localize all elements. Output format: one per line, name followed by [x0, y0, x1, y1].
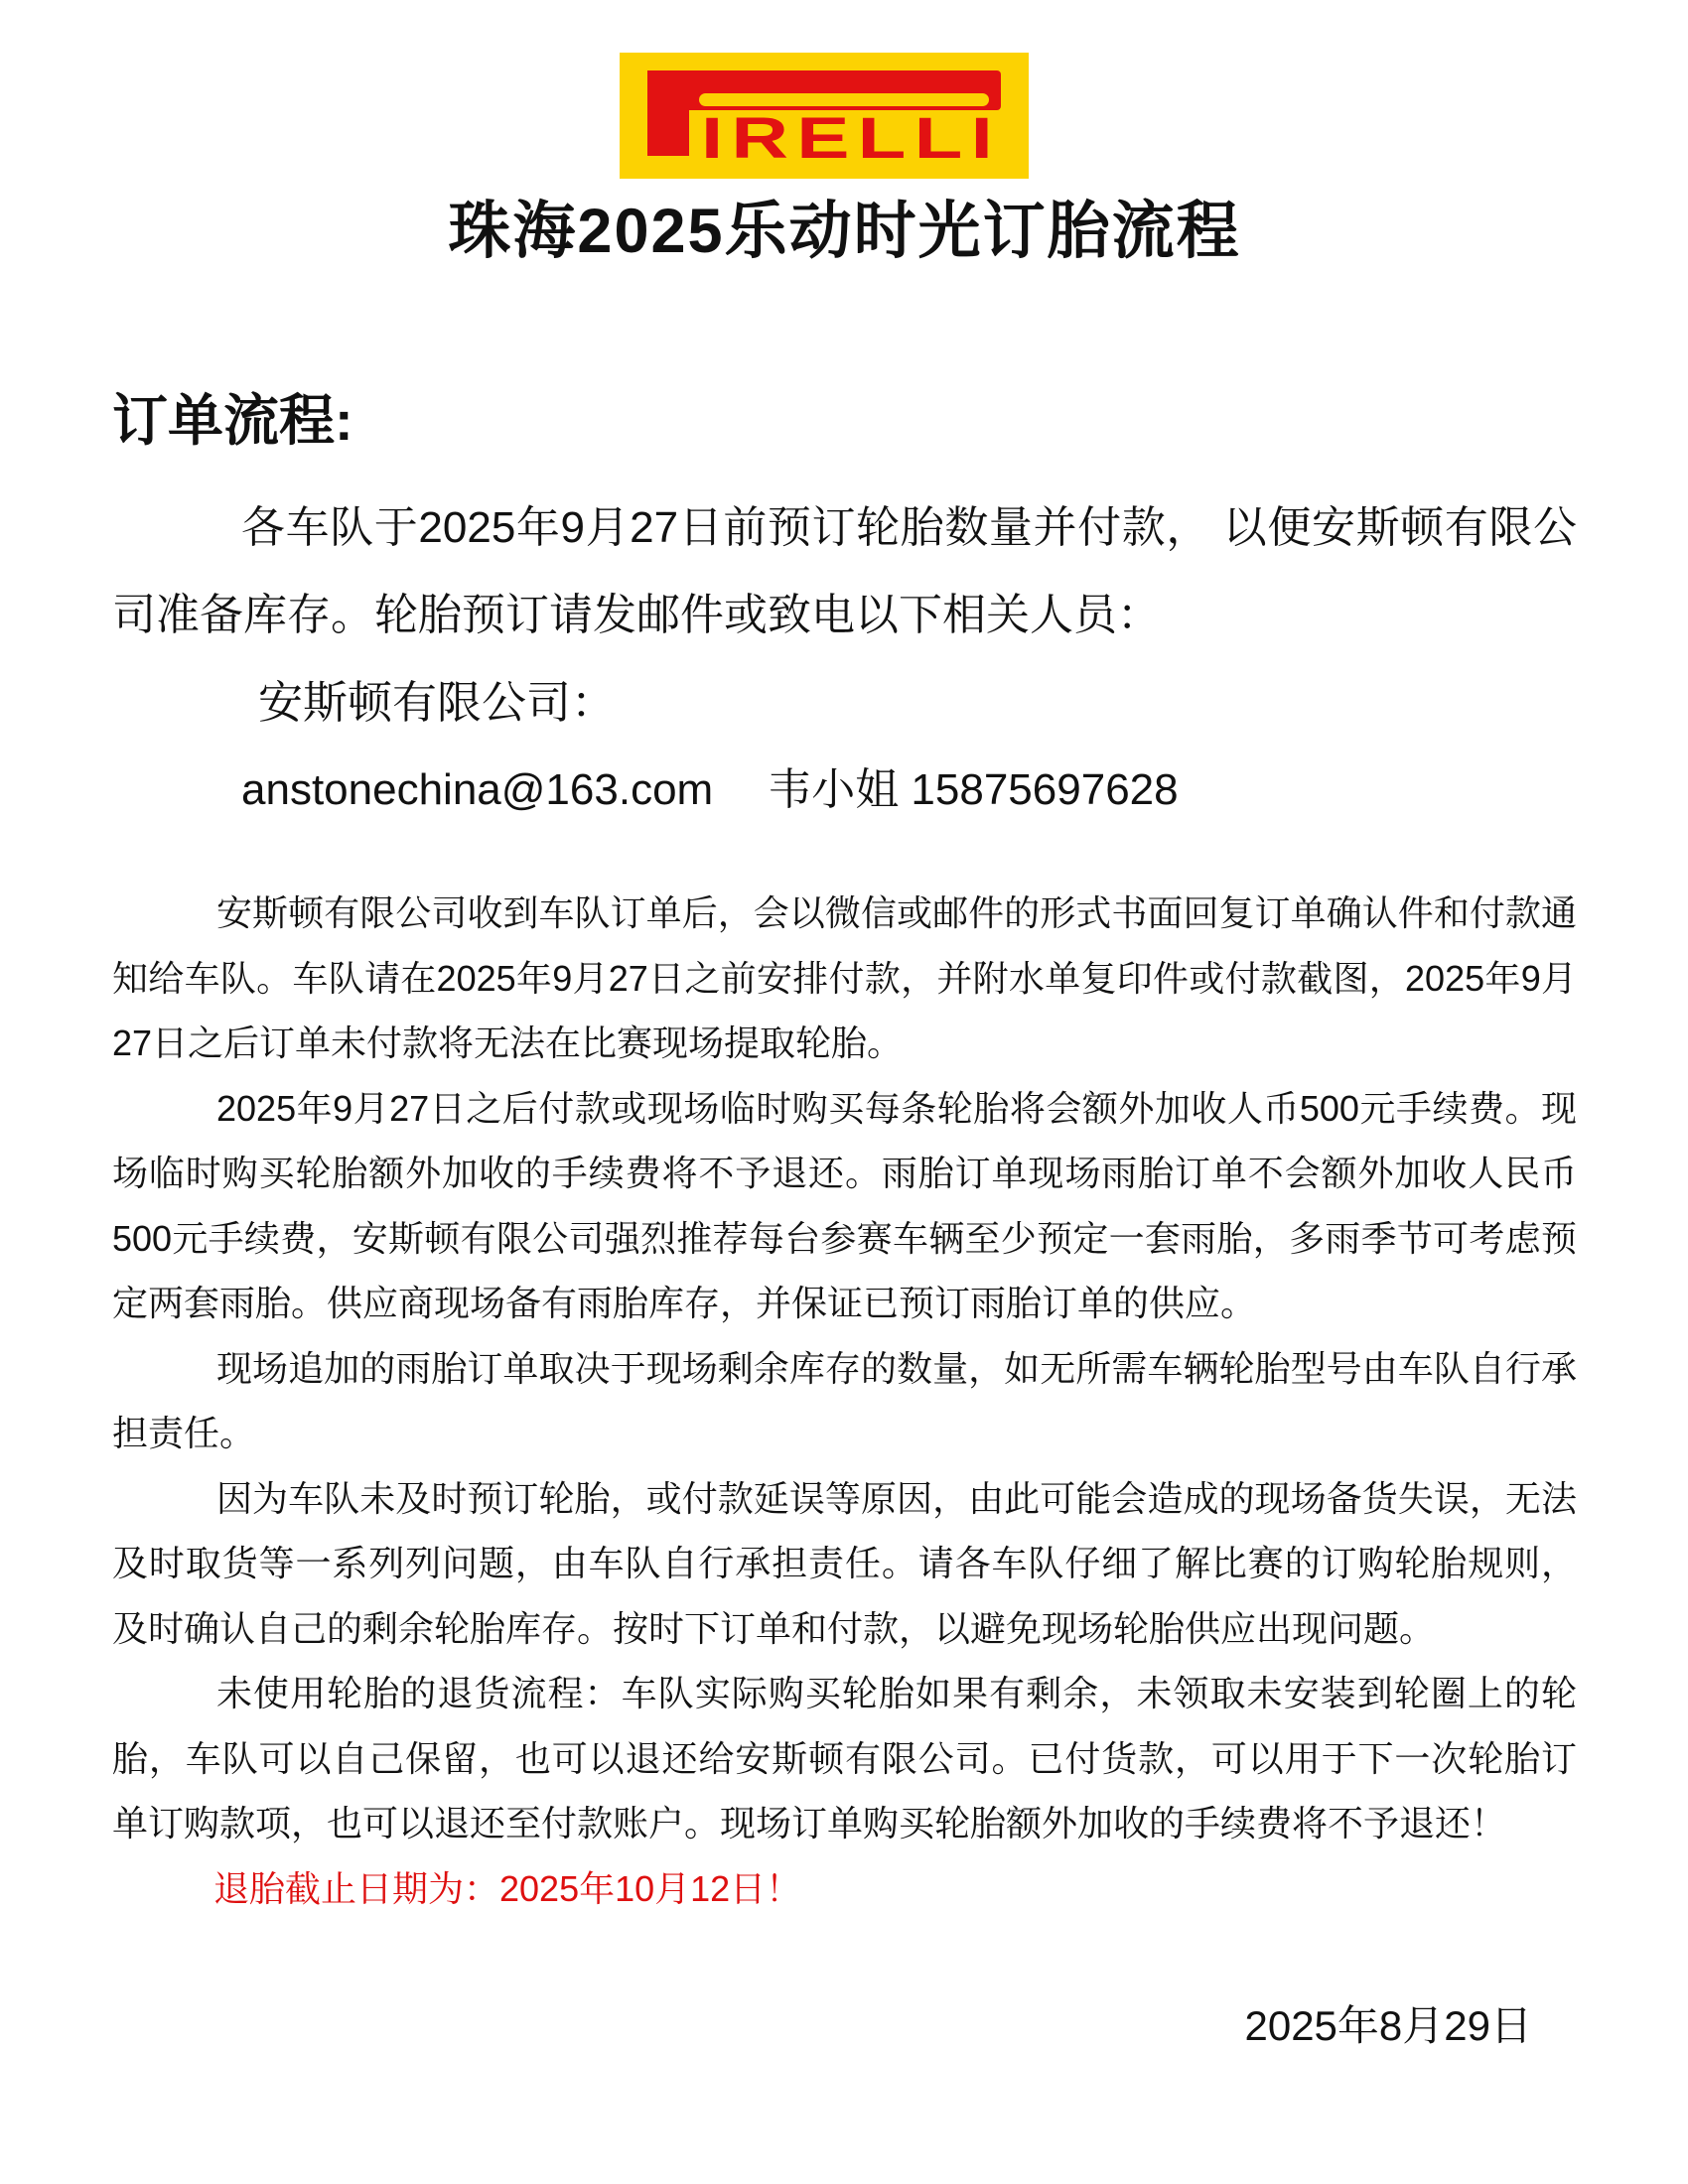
- pirelli-logo: IRELLI: [620, 53, 1029, 179]
- body-text: 安斯顿有限公司收到车队订单后，会以微信或邮件的形式书面回复订单确认件和付款通知给…: [112, 881, 1577, 1921]
- intro-paragraph: 各车队于2025年9月27日前预订轮胎数量并付款， 以便安斯顿有限公司准备库存。…: [112, 484, 1577, 659]
- logo-p-slot: [699, 93, 989, 106]
- paragraph-onsite-rain-tires: 现场追加的雨胎订单取决于现场剩余库存的数量，如无所需车辆轮胎型号由车队自行承担责…: [112, 1336, 1577, 1466]
- contact-email: anstonechina@163.com: [241, 765, 713, 814]
- contact-line: anstonechina@163.com韦小姐 15875697628: [112, 747, 1577, 834]
- paragraph-order-confirmation: 安斯顿有限公司收到车队订单后，会以微信或邮件的形式书面回复订单确认件和付款通知给…: [112, 881, 1577, 1076]
- contact-company: 安斯顿有限公司：: [112, 659, 1577, 747]
- return-deadline-notice: 退胎截止日期为：2025年10月12日！: [112, 1856, 1577, 1922]
- paragraph-team-responsibility: 因为车队未及时预订轮胎，或付款延误等原因，由此可能会造成的现场备货失误，无法及时…: [112, 1466, 1577, 1662]
- section-heading: 订单流程:: [112, 390, 1577, 452]
- logo-area: IRELLI: [112, 0, 1577, 179]
- document-page: IRELLI 珠海2025乐动时光订胎流程 订单流程: 各车队于2025年9月2…: [0, 0, 1688, 2184]
- intro-block: 各车队于2025年9月27日前预订轮胎数量并付款， 以便安斯顿有限公司准备库存。…: [112, 484, 1577, 834]
- contact-person: 韦小姐 15875697628: [768, 765, 1178, 814]
- logo-letters: IRELLI: [701, 106, 1001, 171]
- paragraph-return-process: 未使用轮胎的退货流程：车队实际购买轮胎如果有剩余，未领取未安装到轮圈上的轮胎，车…: [112, 1661, 1577, 1856]
- page-title: 珠海2025乐动时光订胎流程: [112, 193, 1577, 270]
- document-date: 2025年8月29日: [112, 2001, 1577, 2051]
- paragraph-late-payment-fee: 2025年9月27日之后付款或现场临时购买每条轮胎将会额外加收人币500元手续费…: [112, 1076, 1577, 1336]
